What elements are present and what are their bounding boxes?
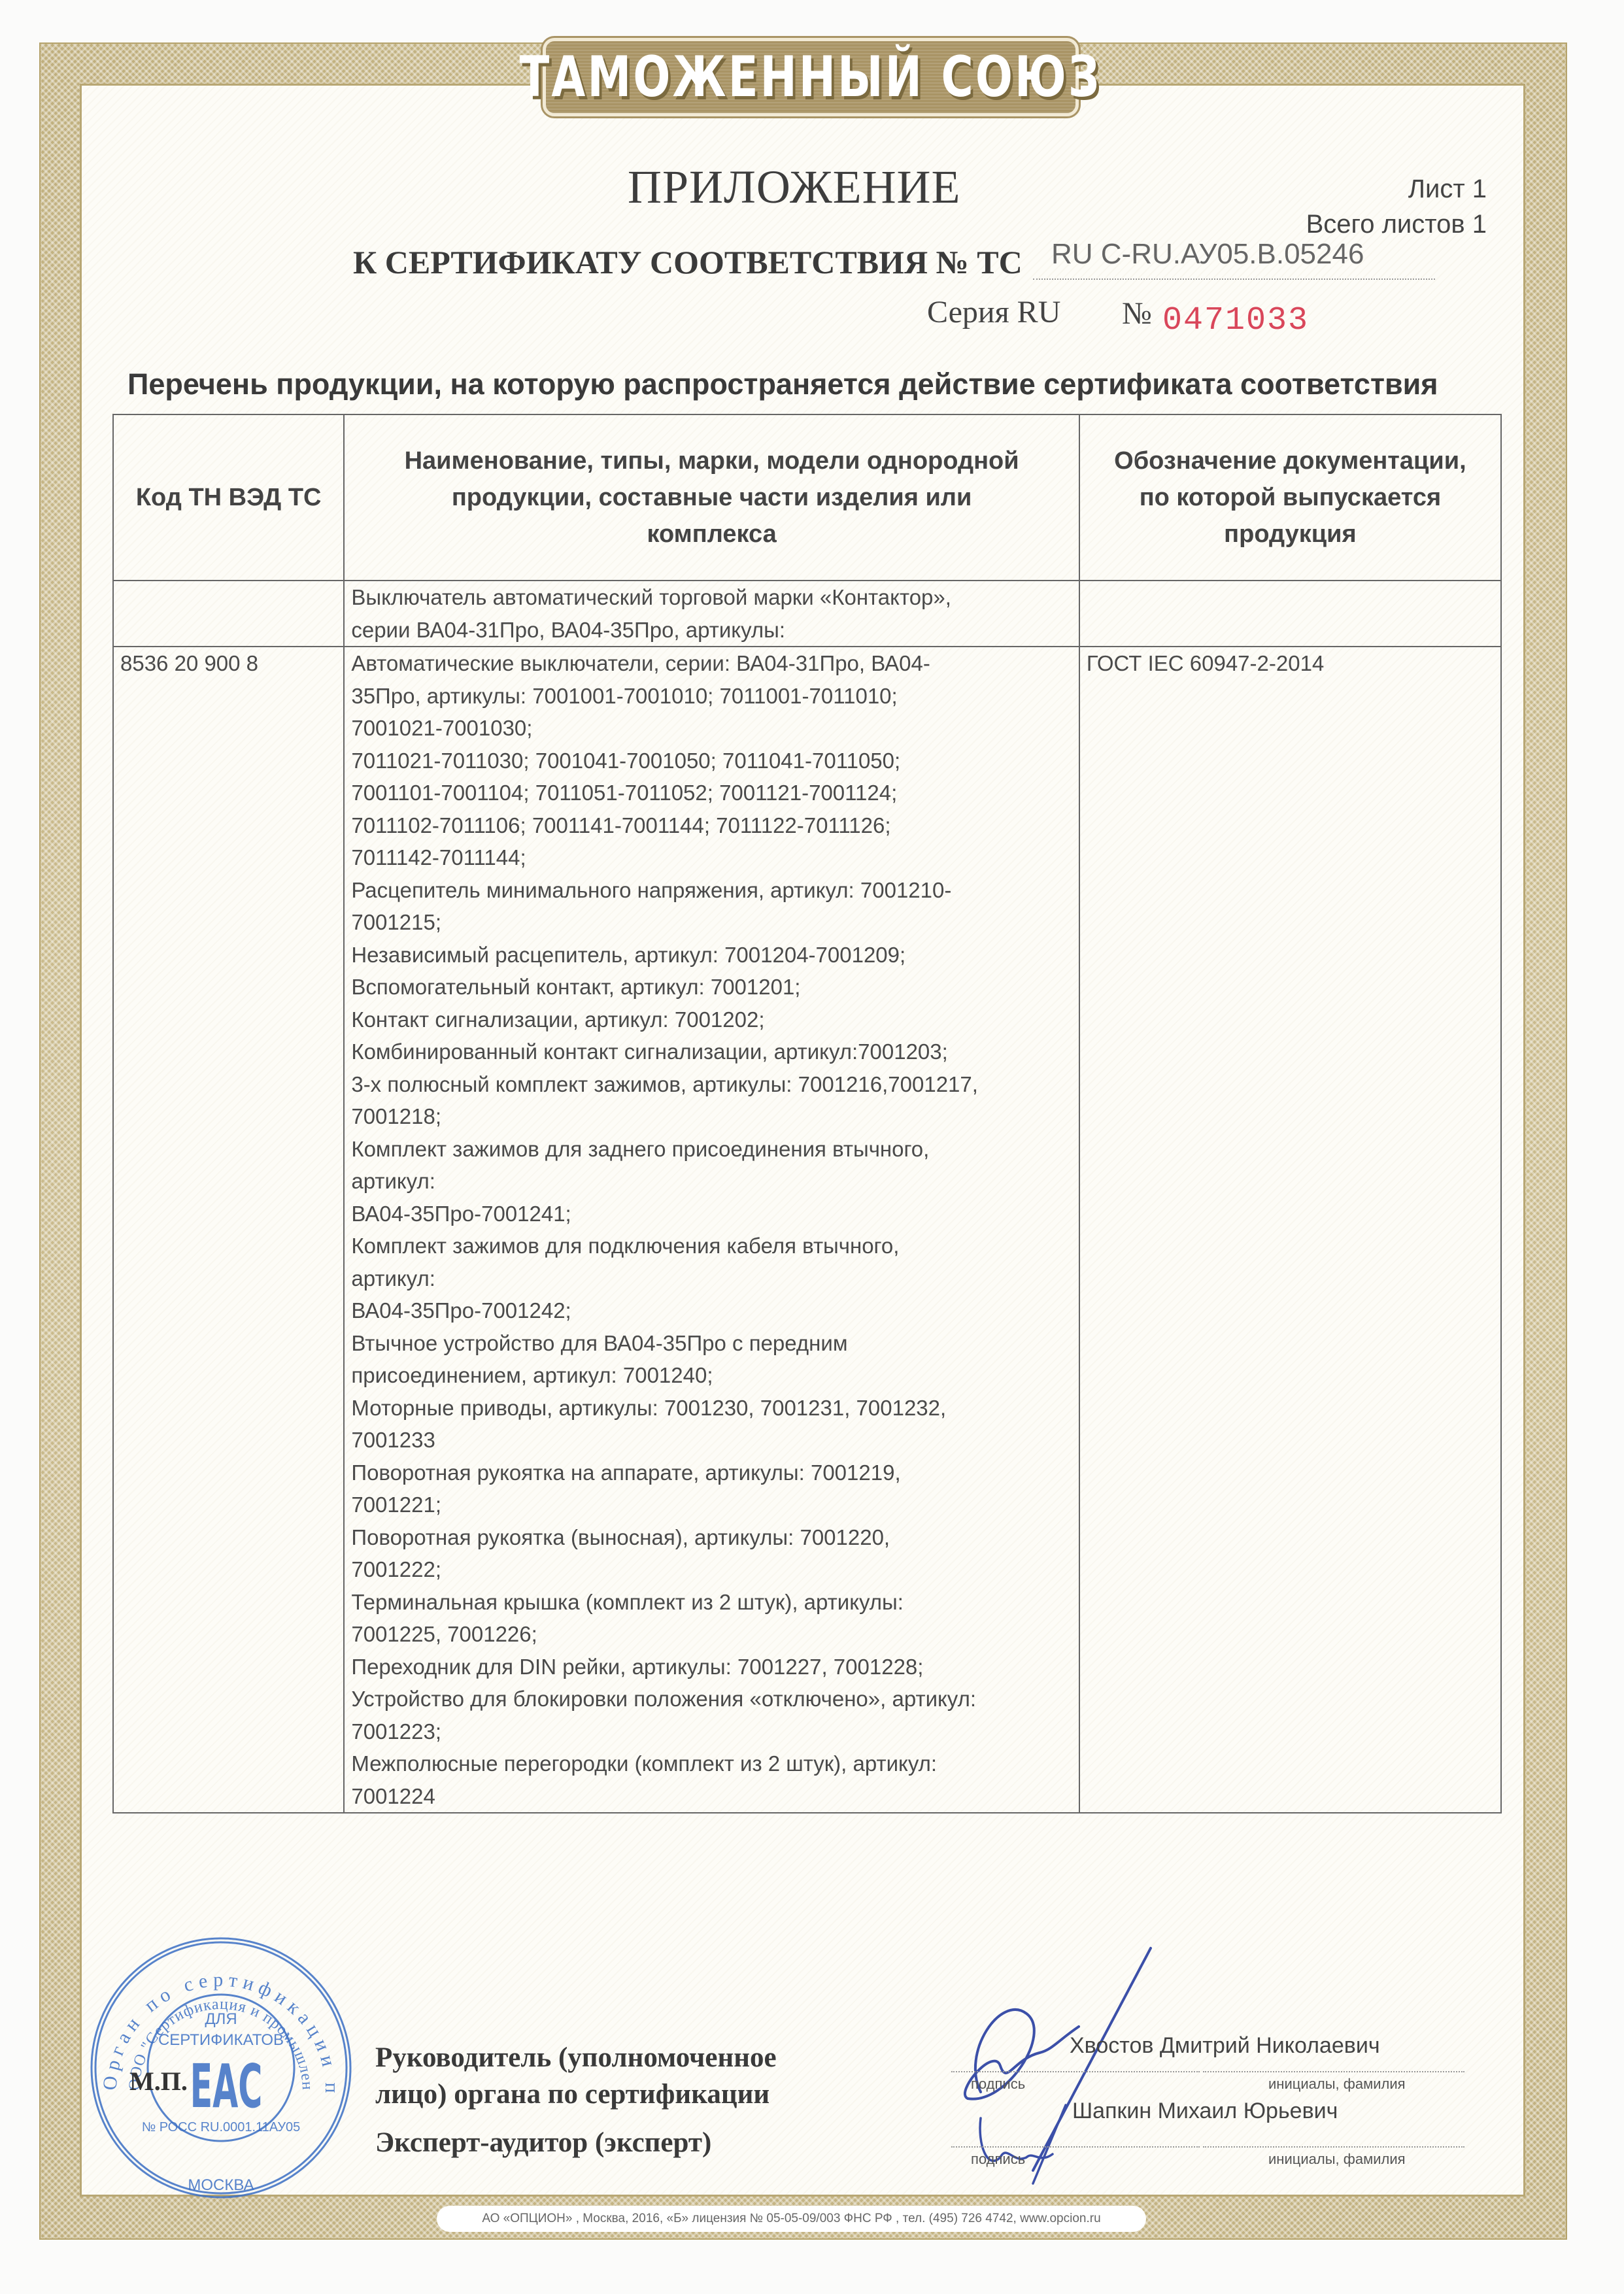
- description-line: Автоматические выключатели, серии: ВА04-…: [351, 647, 1079, 680]
- description-line: Выключатель автоматический торговой марк…: [351, 581, 1079, 614]
- table-row: Выключатель автоматический торговой марк…: [113, 581, 1501, 647]
- description-line: 7001223;: [351, 1715, 1079, 1748]
- certification-body-stamp: Орган по сертификации продукции и ООО "С…: [77, 1927, 365, 2202]
- description-line: 7001101-7001104; 7011051-7011052; 700112…: [351, 777, 1079, 809]
- number-sign: №: [1122, 295, 1152, 331]
- seal-placeholder-label: М.П.: [129, 2066, 188, 2097]
- page-title: ПРИЛОЖЕНИЕ: [628, 160, 961, 214]
- description-line: Комплект зажимов для подключения кабеля …: [351, 1230, 1079, 1262]
- head-role-line2: лицо) органа по сертификации: [375, 2076, 777, 2113]
- standard-cell: ГОСТ IEC 60947-2-2014: [1079, 647, 1501, 1813]
- expert-role-label: Эксперт-аудитор (эксперт): [375, 2125, 711, 2161]
- header-hs-code: Код ТН ВЭД ТС: [113, 414, 344, 581]
- description-line: Устройство для блокировки положения «отк…: [351, 1683, 1079, 1715]
- head-role-line1: Руководитель (уполномоченное: [375, 2040, 777, 2076]
- product-list-title: Перечень продукции, на которую распростр…: [127, 367, 1438, 401]
- head-role-label: Руководитель (уполномоченное лицо) орган…: [375, 2040, 777, 2113]
- certificate-number: RU C-RU.АУ05.В.05246: [1051, 238, 1364, 271]
- certificate-label: К СЕРТИФИКАТУ СООТВЕТСТВИЯ № ТС: [353, 243, 1023, 281]
- product-description-cell: Выключатель автоматический торговой марк…: [344, 581, 1079, 647]
- standard-cell: [1079, 581, 1501, 647]
- description-line: Терминальная крышка (комплект из 2 штук)…: [351, 1586, 1079, 1619]
- header-product-name: Наименование, типы, марки, модели одноро…: [344, 414, 1079, 581]
- stamp-center-top: ДЛЯ: [205, 2010, 237, 2028]
- description-line: Поворотная рукоятка на аппарате, артикул…: [351, 1457, 1079, 1489]
- eac-mark: ЕАС: [190, 2051, 263, 2121]
- description-line: 7011102-7011106; 7001141-7001144; 701112…: [351, 809, 1079, 842]
- expert-full-name: Шапкин Михаил Юрьевич: [1072, 2099, 1338, 2124]
- description-line: 7011142-7011144;: [351, 841, 1079, 874]
- expert-name-rule: [1203, 2146, 1464, 2148]
- head-signature-rule: [951, 2071, 1200, 2072]
- total-sheets: Всего листов 1: [1306, 207, 1487, 242]
- description-line: серии ВА04-31Про, ВА04-35Про, артикулы:: [351, 614, 1079, 647]
- head-name-rule: [1203, 2071, 1464, 2072]
- description-line: присоединением, артикул: 7001240;: [351, 1359, 1079, 1392]
- table-row: 8536 20 900 8Автоматические выключатели,…: [113, 647, 1501, 1813]
- description-line: артикул:: [351, 1165, 1079, 1198]
- head-full-name: Хвостов Дмитрий Николаевич: [1070, 2033, 1380, 2059]
- printer-imprint: АО «ОПЦИОН» , Москва, 2016, «Б» лицензия…: [437, 2206, 1146, 2232]
- series-label: Серия RU: [927, 294, 1060, 330]
- description-line: Контакт сигнализации, артикул: 7001202;: [351, 1004, 1079, 1036]
- stamp-center-mid: СЕРТИФИКАТОВ: [158, 2031, 284, 2049]
- description-line: 7001224: [351, 1780, 1079, 1813]
- description-line: Межполюсные перегородки (комплект из 2 ш…: [351, 1747, 1079, 1780]
- description-line: Вспомогательный контакт, артикул: 700120…: [351, 971, 1079, 1004]
- description-line: Расцепитель минимального напряжения, арт…: [351, 874, 1079, 907]
- description-line: Моторные приводы, артикулы: 7001230, 700…: [351, 1392, 1079, 1425]
- stamp-city: МОСКВА: [188, 2176, 254, 2194]
- expert-signature-rule: [951, 2146, 1200, 2148]
- sheet-number: Лист 1: [1306, 171, 1487, 207]
- description-line: Переходник для DIN рейки, артикулы: 7001…: [351, 1651, 1079, 1683]
- description-line: Комплект зажимов для заднего присоединен…: [351, 1133, 1079, 1166]
- description-line: 7001218;: [351, 1100, 1079, 1133]
- description-line: Поворотная рукоятка (выносная), артикулы…: [351, 1521, 1079, 1554]
- product-description-cell: Автоматические выключатели, серии: ВА04-…: [344, 647, 1079, 1813]
- head-name-caption: инициалы, фамилия: [1268, 2076, 1406, 2093]
- description-line: Независимый расцепитель, артикул: 700120…: [351, 939, 1079, 971]
- expert-name-caption: инициалы, фамилия: [1268, 2151, 1406, 2168]
- description-line: Комбинированный контакт сигнализации, ар…: [351, 1036, 1079, 1068]
- stamp-reg-number: № РОСС RU.0001.11АУ05: [142, 2120, 301, 2134]
- sheet-info: Лист 1 Всего листов 1: [1306, 171, 1487, 242]
- description-line: 7001221;: [351, 1489, 1079, 1521]
- description-line: 7001225, 7001226;: [351, 1618, 1079, 1651]
- hs-code-cell: 8536 20 900 8: [113, 647, 344, 1813]
- head-signature-caption: подпись: [971, 2076, 1025, 2093]
- blank-serial-number: 0471033: [1162, 302, 1309, 339]
- table-header-row: Код ТН ВЭД ТС Наименование, типы, марки,…: [113, 414, 1501, 581]
- description-line: 7001222;: [351, 1553, 1079, 1586]
- certificate-number-rule: [1033, 278, 1435, 280]
- emblem-text: ТАМОЖЕННЫЙ СОЮЗ: [520, 44, 1102, 110]
- expert-signature-caption: подпись: [971, 2151, 1025, 2168]
- description-line: Втычное устройство для ВА04-35Про с пере…: [351, 1327, 1079, 1360]
- description-line: 7001021-7001030;: [351, 712, 1079, 745]
- description-line: ВА04-35Про-7001242;: [351, 1294, 1079, 1327]
- customs-union-emblem: ТАМОЖЕННЫЙ СОЮЗ: [543, 38, 1079, 116]
- description-line: артикул:: [351, 1262, 1079, 1295]
- product-table: Код ТН ВЭД ТС Наименование, типы, марки,…: [112, 414, 1502, 1813]
- description-line: 7001233: [351, 1424, 1079, 1457]
- description-line: 7011021-7011030; 7001041-7001050; 701104…: [351, 745, 1079, 777]
- header-documentation: Обозначение документации, по которой вып…: [1079, 414, 1501, 581]
- description-line: 7001215;: [351, 906, 1079, 939]
- description-line: 3-х полюсный комплект зажимов, артикулы:…: [351, 1068, 1079, 1101]
- hs-code-cell: [113, 581, 344, 647]
- description-line: 35Про, артикулы: 7001001-7001010; 701100…: [351, 680, 1079, 713]
- description-line: ВА04-35Про-7001241;: [351, 1198, 1079, 1230]
